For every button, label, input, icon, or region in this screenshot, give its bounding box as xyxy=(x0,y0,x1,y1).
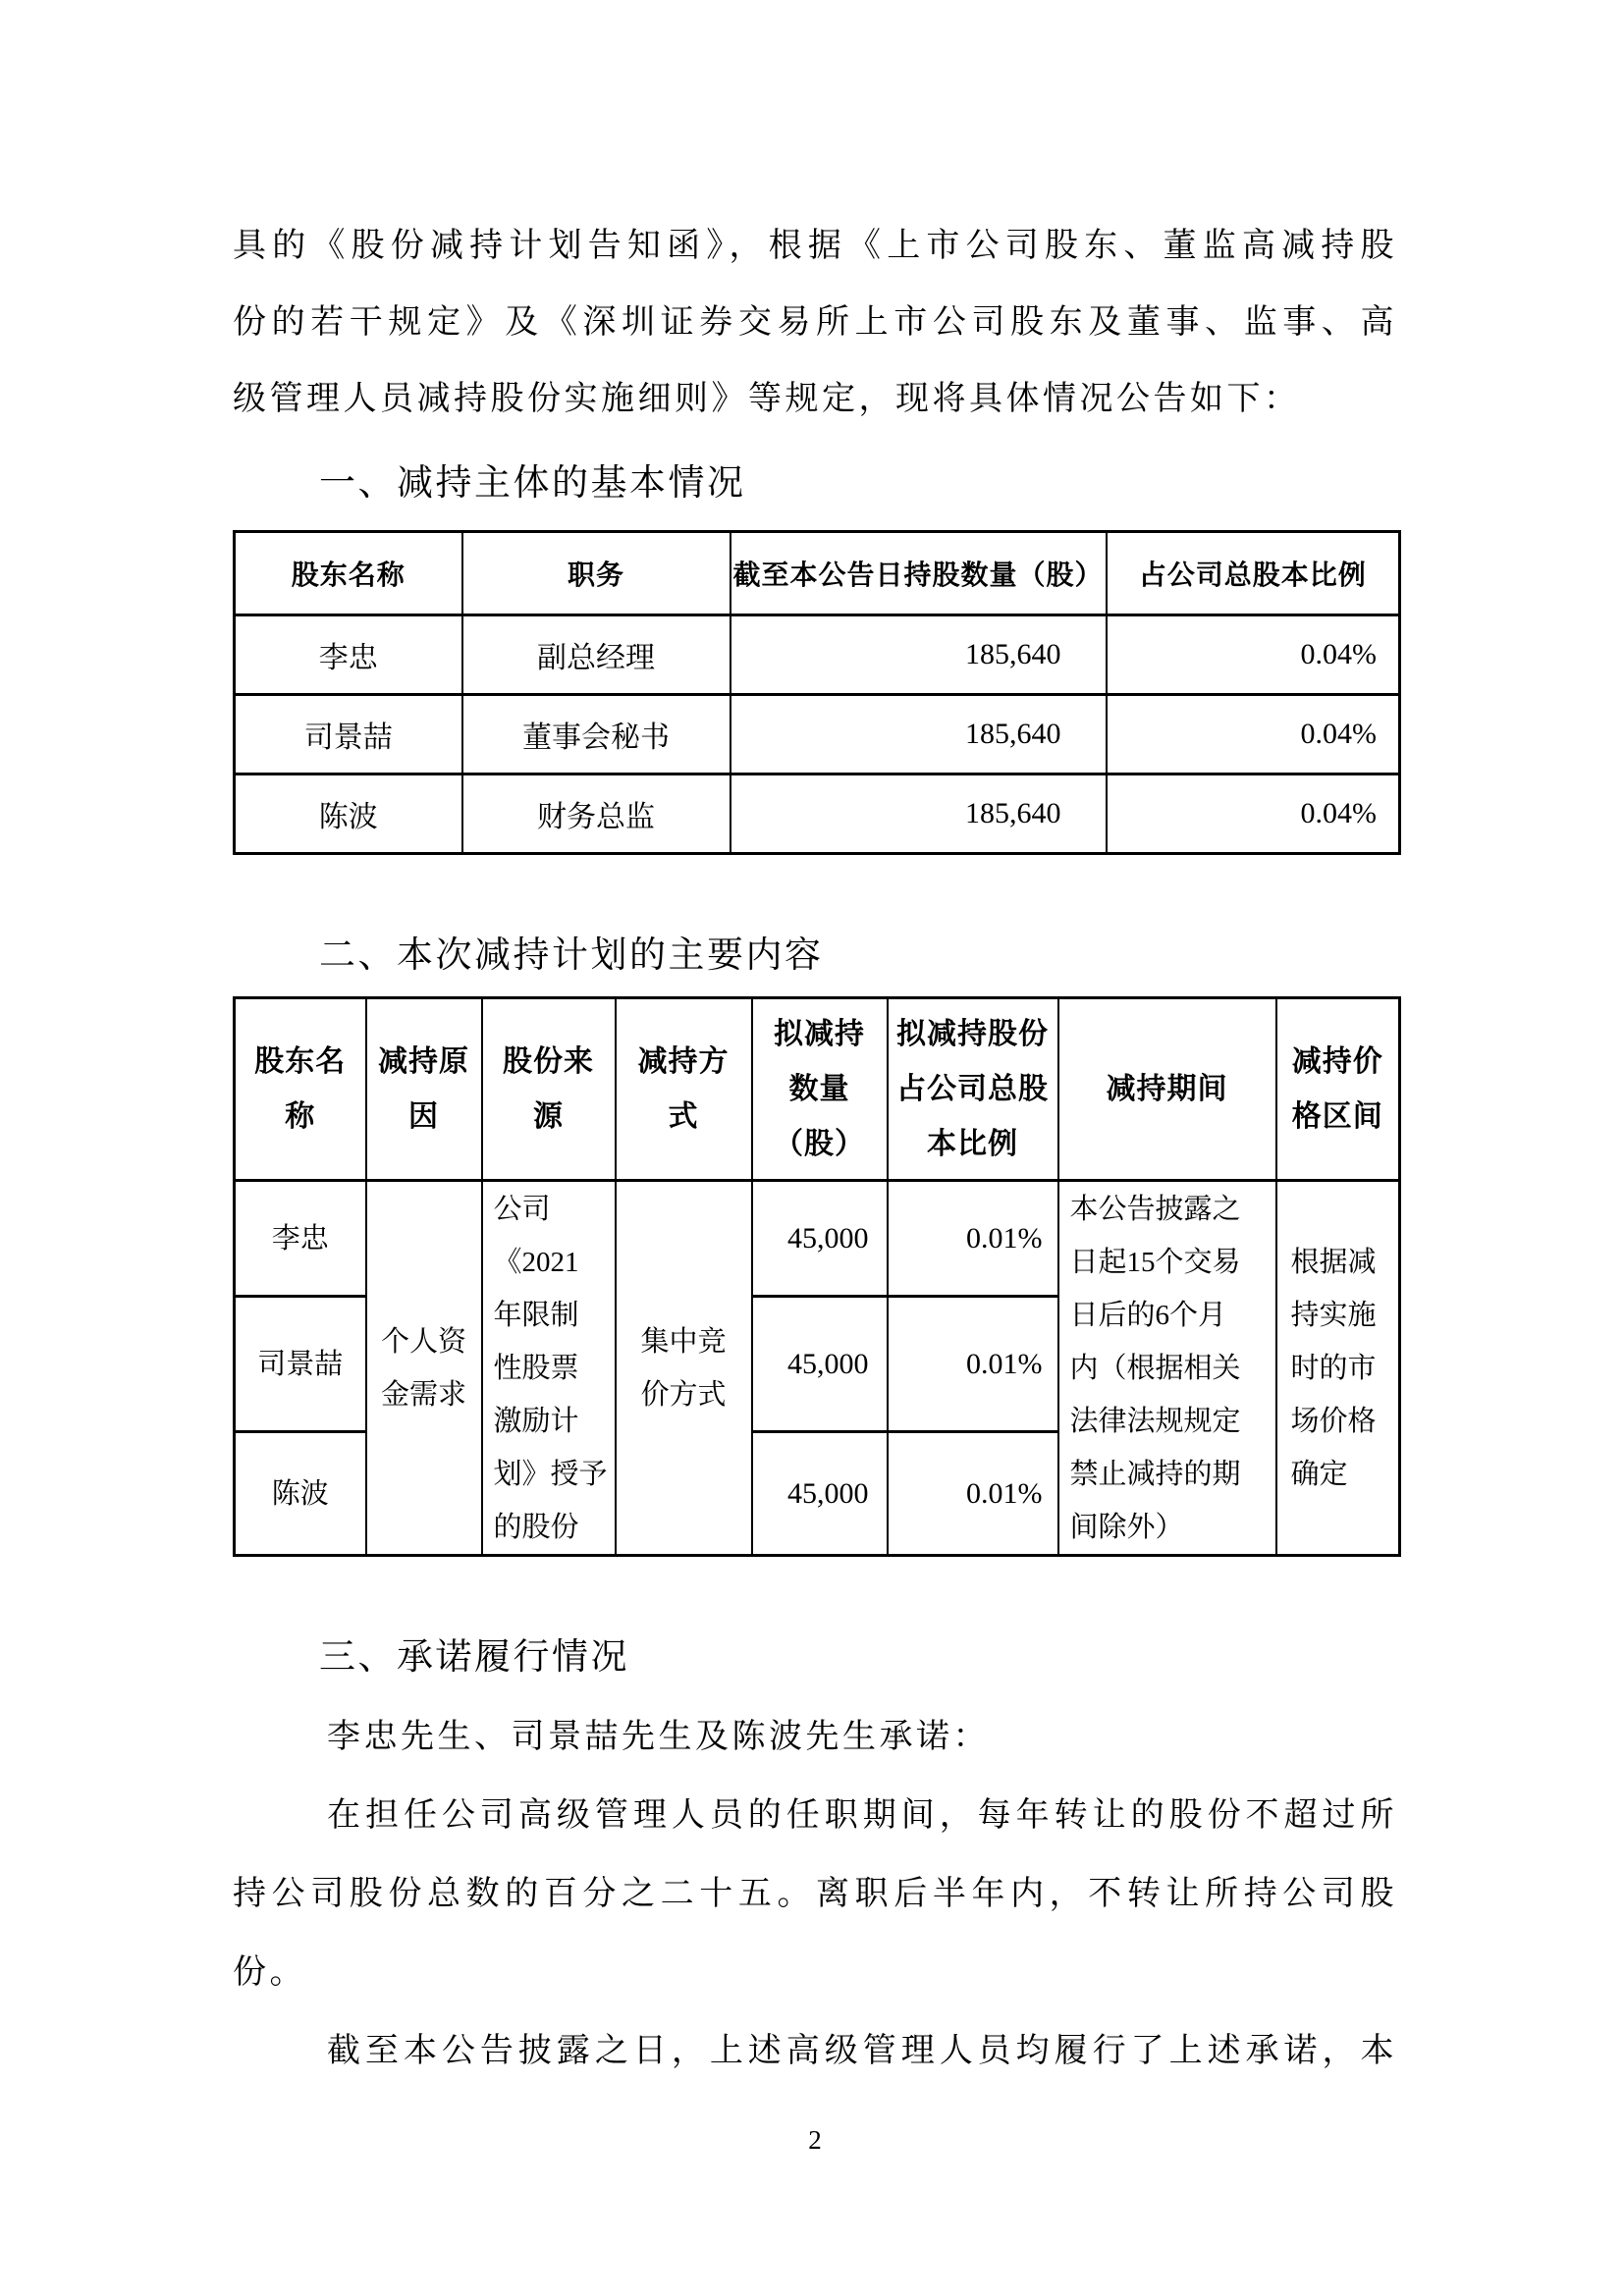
commitment-line: 截至本公告披露之日，上述高级管理人员均履行了上述承诺，本 xyxy=(233,2012,1397,2091)
header-ratio: 占公司总股本比例 xyxy=(1107,532,1400,615)
shareholder-name-cell: 司景喆 xyxy=(235,1297,366,1432)
table-header-row: 股东名 称 减持原 因 股份来 源 减持方 式 拟减持 数量 （股） 拟减持股份… xyxy=(235,998,1400,1181)
header-planned-ratio: 拟减持股份 占公司总股 本比例 xyxy=(888,998,1058,1181)
table-header-row: 股东名称 职务 截至本公告日持股数量（股） 占公司总股本比例 xyxy=(235,532,1400,615)
shares-cell: 185,640 xyxy=(731,774,1107,854)
shareholder-name-cell: 李忠 xyxy=(235,615,462,695)
position-cell: 副总经理 xyxy=(462,615,731,695)
reduction-plan-table: 股东名 称 减持原 因 股份来 源 减持方 式 拟减持 数量 （股） 拟减持股份… xyxy=(233,996,1401,1557)
commitment-line: 李忠先生、司景喆先生及陈波先生承诺： xyxy=(233,1698,1397,1777)
page-number: 2 xyxy=(233,2120,1397,2160)
table-row: 陈波 财务总监 185,640 0.04% xyxy=(235,774,1400,854)
shares-cell: 185,640 xyxy=(731,695,1107,774)
planned-quantity-cell: 45,000 xyxy=(752,1432,888,1556)
table-row: 司景喆 董事会秘书 185,640 0.04% xyxy=(235,695,1400,774)
header-shareholder-name: 股东名称 xyxy=(235,532,462,615)
ratio-cell: 0.04% xyxy=(1107,774,1400,854)
header-reduction-period: 减持期间 xyxy=(1058,998,1276,1181)
table-row: 李忠 副总经理 185,640 0.04% xyxy=(235,615,1400,695)
header-reduction-reason: 减持原 因 xyxy=(366,998,482,1181)
header-position: 职务 xyxy=(462,532,731,615)
table-row: 李忠 个人资 金需求 公司 《2021 年限制 性股票 激励计 划》授予 的股份… xyxy=(235,1181,1400,1297)
intro-paragraph: 具的《股份减持计划告知函》，根据《上市公司股东、董监高减持股 份的若干规定》及《… xyxy=(233,208,1397,438)
share-source-cell: 公司 《2021 年限制 性股票 激励计 划》授予 的股份 xyxy=(482,1181,616,1556)
planned-quantity-cell: 45,000 xyxy=(752,1297,888,1432)
ratio-cell: 0.04% xyxy=(1107,695,1400,774)
shareholder-name-cell: 李忠 xyxy=(235,1181,366,1297)
commitment-line: 份。 xyxy=(233,1934,1397,2012)
reduction-method-cell: 集中竞 价方式 xyxy=(616,1181,752,1556)
section1-heading: 一、减持主体的基本情况 xyxy=(233,454,1397,514)
header-shareholder-name: 股东名 称 xyxy=(235,998,366,1181)
intro-line: 级管理人员减持股份实施细则》等规定，现将具体情况公告如下： xyxy=(233,361,1397,438)
ratio-cell: 0.04% xyxy=(1107,615,1400,695)
reduction-reason-cell: 个人资 金需求 xyxy=(366,1181,482,1556)
header-share-source: 股份来 源 xyxy=(482,998,616,1181)
header-price-range: 减持价 格区间 xyxy=(1276,998,1400,1181)
shareholder-basic-info-table: 股东名称 职务 截至本公告日持股数量（股） 占公司总股本比例 李忠 副总经理 1… xyxy=(233,530,1401,855)
intro-line: 份的若干规定》及《深圳证券交易所上市公司股东及董事、监事、高 xyxy=(233,285,1397,361)
planned-quantity-cell: 45,000 xyxy=(752,1181,888,1297)
shares-cell: 185,640 xyxy=(731,615,1107,695)
commitment-line: 持公司股份总数的百分之二十五。离职后半年内，不转让所持公司股 xyxy=(233,1855,1397,1934)
section2-heading: 二、本次减持计划的主要内容 xyxy=(233,926,1397,987)
reduction-period-cell: 本公告披露之 日起15个交易 日后的6个月 内（根据相关 法律法规规定 禁止减持… xyxy=(1058,1181,1276,1556)
price-range-cell: 根据减 持实施 时的市 场价格 确定 xyxy=(1276,1181,1400,1556)
intro-line: 具的《股份减持计划告知函》，根据《上市公司股东、董监高减持股 xyxy=(233,208,1397,285)
shareholder-name-cell: 司景喆 xyxy=(235,695,462,774)
position-cell: 董事会秘书 xyxy=(462,695,731,774)
position-cell: 财务总监 xyxy=(462,774,731,854)
shareholder-name-cell: 陈波 xyxy=(235,774,462,854)
header-planned-quantity: 拟减持 数量 （股） xyxy=(752,998,888,1181)
planned-ratio-cell: 0.01% xyxy=(888,1181,1058,1297)
commitment-line: 在担任公司高级管理人员的任职期间，每年转让的股份不超过所 xyxy=(233,1777,1397,1855)
section3-heading: 三、承诺履行情况 xyxy=(233,1628,1397,1688)
planned-ratio-cell: 0.01% xyxy=(888,1432,1058,1556)
planned-ratio-cell: 0.01% xyxy=(888,1297,1058,1432)
shareholder-name-cell: 陈波 xyxy=(235,1432,366,1556)
section3-paragraphs: 李忠先生、司景喆先生及陈波先生承诺： 在担任公司高级管理人员的任职期间，每年转让… xyxy=(233,1698,1397,2091)
header-shares-held: 截至本公告日持股数量（股） xyxy=(731,532,1107,615)
header-reduction-method: 减持方 式 xyxy=(616,998,752,1181)
document-page: 具的《股份减持计划告知函》，根据《上市公司股东、董监高减持股 份的若干规定》及《… xyxy=(0,0,1624,2296)
page-content: 具的《股份减持计划告知函》，根据《上市公司股东、董监高减持股 份的若干规定》及《… xyxy=(233,208,1397,2160)
